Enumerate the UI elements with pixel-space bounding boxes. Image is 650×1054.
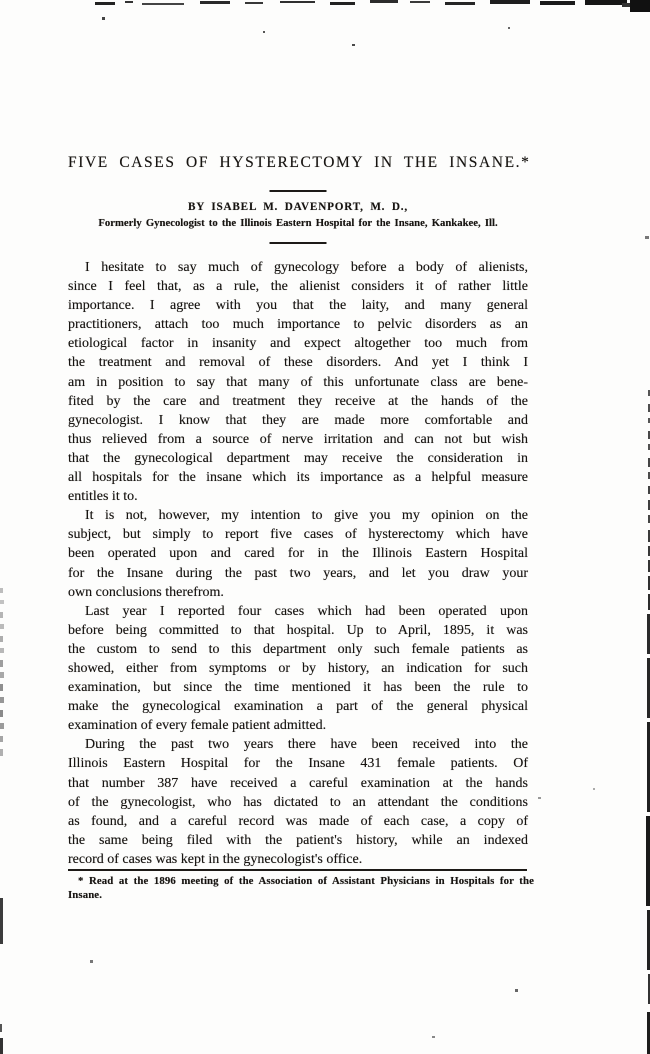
scan-speck [0, 749, 3, 756]
scan-speck [0, 660, 3, 667]
article-body: I hesitate to say much of gynecology bef… [68, 258, 528, 869]
scan-speck [508, 27, 510, 29]
scan-speck [622, 3, 630, 7]
scan-speck [645, 236, 649, 239]
body-line: practitioners, attach too much importanc… [68, 315, 528, 334]
author-affiliation: Formerly Gynecologist to the Illinois Ea… [68, 217, 528, 229]
scan-speck [370, 0, 398, 3]
body-line: gynecologist. I know that they are made … [68, 411, 528, 430]
scan-speck [125, 1, 133, 3]
body-line: thus relieved from a source of nerve irr… [68, 430, 528, 449]
byline-divider-rule [270, 242, 327, 244]
scan-speck [102, 17, 105, 20]
scan-speck [490, 0, 530, 4]
author-byline: BY ISABEL M. DAVENPORT, M. D., [68, 201, 528, 213]
title-divider-rule [270, 190, 327, 192]
scan-speck [0, 723, 4, 729]
scan-speck [263, 31, 265, 33]
scan-speck [90, 960, 93, 963]
scan-speck [352, 44, 355, 46]
scan-speck [0, 898, 3, 944]
scanned-paper-page: FIVE CASES OF HYSTERECTOMY IN THE INSANE… [0, 0, 650, 1054]
body-line: record of cases was kept in the gynecolo… [68, 850, 528, 869]
body-line: the same being filed with the patient's … [68, 831, 528, 850]
scan-speck [410, 1, 430, 3]
scan-speck [432, 1036, 435, 1038]
body-line: entitles it to. [68, 487, 528, 506]
scan-speck [245, 2, 263, 4]
body-line: showed, either from symptoms or by histo… [68, 659, 528, 678]
body-line: own conclusions therefrom. [68, 583, 528, 602]
scan-speck [0, 1024, 2, 1032]
footnote-divider-rule [68, 869, 527, 871]
scan-speck [0, 710, 3, 717]
scan-speck [0, 588, 3, 593]
article-title: FIVE CASES OF HYSTERECTOMY IN THE INSANE… [68, 154, 528, 172]
scan-speck [515, 989, 518, 992]
body-line: all hospitals for the insane which its i… [68, 468, 528, 487]
body-line: am in position to say that many of this … [68, 373, 528, 392]
scan-speck [0, 1038, 3, 1054]
body-line: During the past two years there have bee… [68, 735, 528, 754]
scan-speck [200, 1, 230, 4]
scan-speck [280, 1, 315, 3]
body-line: the custom to send to this department on… [68, 640, 528, 659]
body-line: the treatment and removal of these disor… [68, 353, 528, 372]
scan-speck [445, 2, 475, 5]
scan-speck [593, 788, 595, 790]
body-line: importance. I agree with you that the la… [68, 296, 528, 315]
scan-speck [0, 612, 3, 618]
scan-speck [142, 3, 184, 5]
scan-speck [585, 0, 627, 5]
scan-speck [0, 672, 4, 678]
scan-speck [330, 2, 355, 5]
body-line: subject, but simply to report five cases… [68, 525, 528, 544]
body-line: since I feel that, as a rule, the alieni… [68, 277, 528, 296]
scan-speck [540, 1, 575, 5]
body-line: of the gynecologist, who has dictated to… [68, 793, 528, 812]
body-line: Illinois Eastern Hospital for the Insane… [68, 754, 528, 773]
scan-speck [538, 797, 541, 799]
scan-speck [0, 648, 4, 653]
scan-speck [0, 684, 3, 691]
body-line: examination, but since the time mentione… [68, 678, 528, 697]
body-line: etiological factor in insanity and expec… [68, 334, 528, 353]
footnote-line: * Read at the 1896 meeting of the Associ… [68, 875, 534, 889]
body-line: examination of every female patient admi… [68, 716, 528, 735]
body-line: before being committed to that hospital.… [68, 621, 528, 640]
footnote: * Read at the 1896 meeting of the Associ… [68, 875, 534, 902]
body-line: Last year I reported four cases which ha… [68, 602, 528, 621]
body-line: been operated upon and cared for in the … [68, 544, 528, 563]
body-line: It is not, however, my intention to give… [68, 506, 528, 525]
body-line: make the gynecological examination a par… [68, 697, 528, 716]
scan-speck [0, 624, 4, 629]
scan-speck [0, 636, 3, 642]
scan-speck [0, 697, 4, 703]
body-line: I hesitate to say much of gynecology bef… [68, 258, 528, 277]
scan-speck [646, 816, 650, 906]
body-line: that the gynecological department may re… [68, 449, 528, 468]
body-line: that number 387 have received a careful … [68, 774, 528, 793]
scan-speck [630, 0, 650, 12]
scan-speck [0, 600, 4, 604]
body-line: for the Insane during the past two years… [68, 564, 528, 583]
scan-speck [0, 736, 3, 742]
body-line: fited by the care and treatment they rec… [68, 392, 528, 411]
scan-speck [95, 2, 115, 5]
footnote-line: Insane. [68, 889, 534, 903]
body-line: as found, and a careful record was made … [68, 812, 528, 831]
